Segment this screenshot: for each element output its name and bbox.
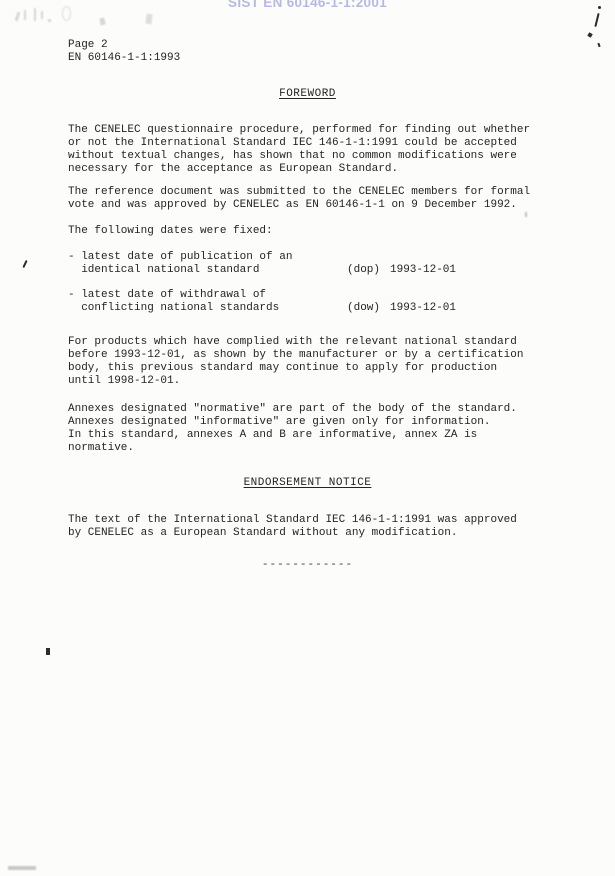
fixed-date-item-dop: - latest date of publication of an ident… [68, 251, 528, 277]
foreword-paragraph-2: The reference document was submitted to … [68, 186, 530, 212]
date-label-line1: - latest date of publication of an [68, 251, 528, 264]
date-value-dow: 1993-12-01 [390, 302, 456, 315]
date-code-dow: (dow) [347, 302, 380, 315]
date-code-dop: (dop) [347, 264, 380, 277]
ink-mark-lower-left [46, 648, 50, 655]
date-label-line2: conflicting national standards [68, 302, 528, 315]
foreword-title: FOREWORD [0, 88, 615, 101]
fixed-date-item-dow: - latest date of withdrawal of conflicti… [68, 289, 528, 315]
page-number: Page 2 [68, 39, 180, 52]
scan-speck [525, 212, 527, 217]
date-label-line1: - latest date of withdrawal of [68, 289, 528, 302]
ink-mark-left-margin [22, 260, 27, 268]
endorsement-title: ENDORSEMENT NOTICE [0, 477, 615, 490]
date-value-dop: 1993-12-01 [390, 264, 456, 277]
foreword-paragraph-5: Annexes designated "normative" are part … [68, 403, 517, 455]
foreword-paragraph-3: The following dates were fixed: [68, 225, 273, 238]
date-label-line2: identical national standard [68, 264, 528, 277]
foreword-paragraph-1: The CENELEC questionnaire procedure, per… [68, 124, 530, 176]
end-separator-dashes: ------------ [0, 559, 615, 572]
endorsement-paragraph: The text of the International Standard I… [68, 514, 517, 540]
scanned-document-page: SIST EN 60146-1-1:2001 Page 2 EN 60146-1… [0, 0, 615, 876]
scan-smudge-bottom-left [8, 866, 36, 870]
standard-reference: EN 60146-1-1:1993 [68, 52, 180, 65]
foreword-paragraph-4: For products which have complied with th… [68, 336, 523, 388]
page-header: Page 2 EN 60146-1-1:1993 [68, 39, 180, 65]
watermark-standard-id: SIST EN 60146-1-1:2001 [0, 0, 615, 9]
